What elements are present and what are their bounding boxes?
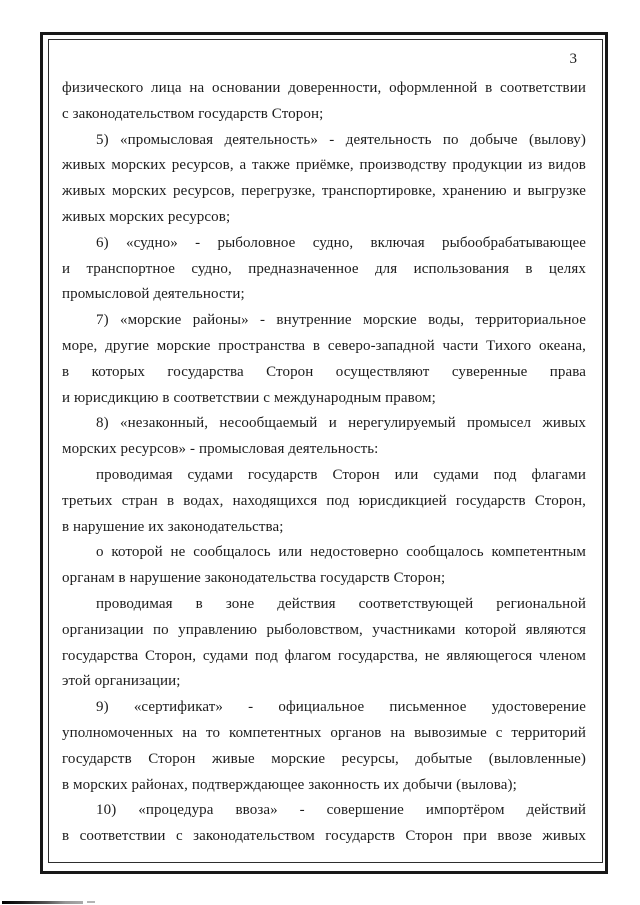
text-line: 8) «незаконный, несообщаемый и нерегулир… [62, 411, 586, 437]
text-line: в нарушение их законодательства; [62, 515, 586, 541]
paragraph: физического лица на основании довереннос… [62, 76, 586, 128]
text-line: этой организации; [62, 669, 586, 695]
text-line: проводимая в зоне действия соответствующ… [62, 592, 586, 618]
text-line: третьих стран в водах, находящихся под ю… [62, 489, 586, 515]
text-line: 7) «морские районы» - внутренние морские… [62, 308, 586, 334]
text-line: государств Сторон живые морские ресурсы,… [62, 747, 586, 773]
paragraph: 7) «морские районы» - внутренние морские… [62, 308, 586, 411]
text-line: организации по управлению рыболовством, … [62, 618, 586, 644]
text-line: морских ресурсов» - промысловая деятельн… [62, 437, 586, 463]
text-line: живых морских ресурсов, а также приёмке,… [62, 153, 586, 179]
paragraph: о которой не сообщалось или недостоверно… [62, 540, 586, 592]
text-line: промысловой деятельности; [62, 282, 586, 308]
text-line: живых морских ресурсов; [62, 205, 586, 231]
text-line: и транспортное судно, предназначенное дл… [62, 257, 586, 283]
text-line: 9) «сертификат» - официальное письменное… [62, 695, 586, 721]
text-line: проводимая судами государств Сторон или … [62, 463, 586, 489]
scan-artifact-dash [87, 901, 95, 903]
page-frame-inner: 3 физического лица на основании доверенн… [48, 39, 603, 863]
text-line: органам в нарушение законодательства гос… [62, 566, 586, 592]
paragraph: 10) «процедура ввоза» - совершение импор… [62, 798, 586, 850]
document-text: физического лица на основании довереннос… [62, 76, 586, 850]
paragraph: проводимая судами государств Сторон или … [62, 463, 586, 540]
text-line: 10) «процедура ввоза» - совершение импор… [62, 798, 586, 824]
paragraph: 9) «сертификат» - официальное письменное… [62, 695, 586, 798]
page-content: 3 физического лица на основании доверенн… [49, 40, 602, 862]
text-line: и юрисдикцию в соответствии с международ… [62, 386, 586, 412]
paragraph: 6) «судно» - рыболовное судно, включая р… [62, 231, 586, 308]
text-line: море, другие морские пространства в севе… [62, 334, 586, 360]
scan-artifact-bar [2, 901, 83, 904]
text-line: 5) «промысловая деятельность» - деятельн… [62, 128, 586, 154]
paragraph: 8) «незаконный, несообщаемый и нерегулир… [62, 411, 586, 463]
text-line: в которых государства Сторон осуществляю… [62, 360, 586, 386]
paragraph: проводимая в зоне действия соответствующ… [62, 592, 586, 695]
text-line: уполномоченных на то компетентных органо… [62, 721, 586, 747]
text-line: физического лица на основании довереннос… [62, 76, 586, 102]
text-line: в морских районах, подтверждающее законн… [62, 773, 586, 799]
text-line: 6) «судно» - рыболовное судно, включая р… [62, 231, 586, 257]
page-frame-outer: 3 физического лица на основании доверенн… [40, 32, 608, 874]
text-line: живых морских ресурсов, перегрузке, тран… [62, 179, 586, 205]
scanned-page: 3 физического лица на основании доверенн… [0, 0, 640, 905]
text-line: в соответствии с законодательством госуд… [62, 824, 586, 850]
text-line: государства Сторон, судами под флагом го… [62, 644, 586, 670]
text-line: о которой не сообщалось или недостоверно… [62, 540, 586, 566]
paragraph: 5) «промысловая деятельность» - деятельн… [62, 128, 586, 231]
text-line: с законодательством государств Сторон; [62, 102, 586, 128]
page-number: 3 [62, 51, 586, 68]
